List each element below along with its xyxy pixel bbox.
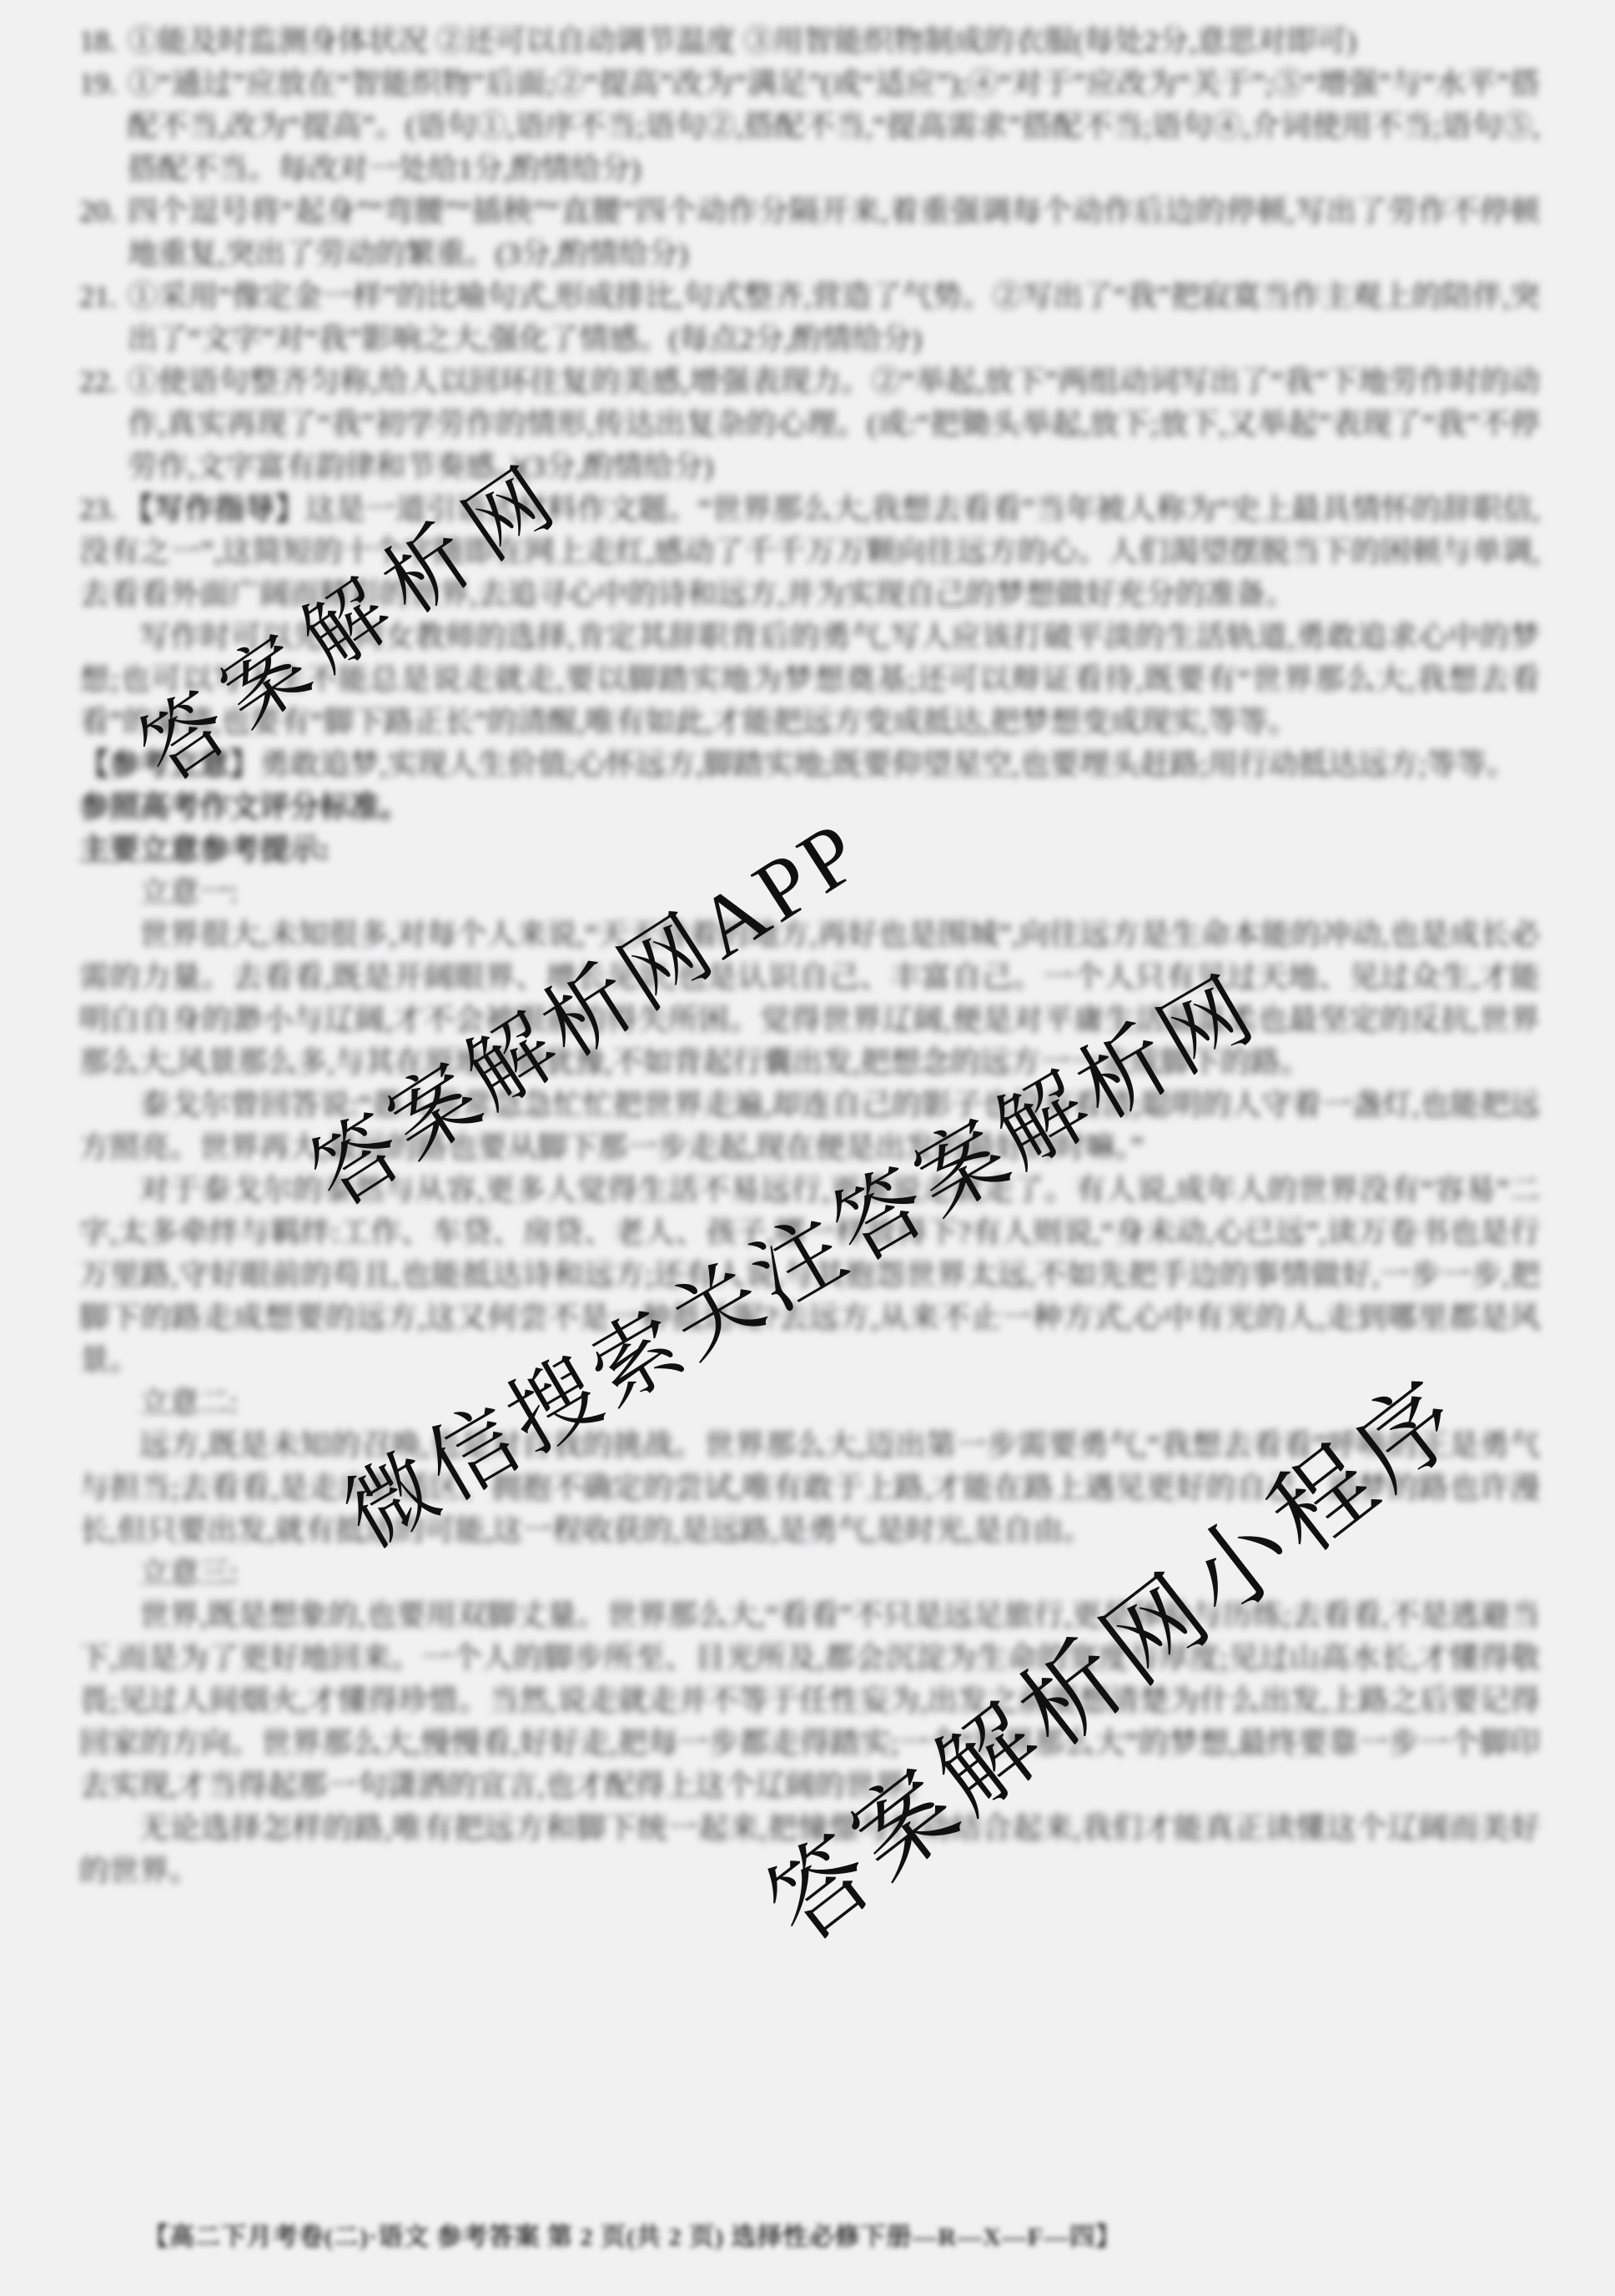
item-number: 19. (79, 63, 117, 105)
item-number: 18. (79, 20, 117, 63)
reference-ideas-text: 勇敢追梦,实现人生价值;心怀远方,脚踏实地;既要仰望星空,也要埋头赶路;用行动抵… (259, 748, 1517, 781)
item-text: ①“通过”应放在“智能织物”后面;②“提高”改为“满足”(或“适应”);④“对于… (128, 67, 1540, 185)
idea-1-quote-paragraph: 泰戈尔曾回答说:“愚人常常急急忙忙把世界走遍,却连自己的影子也没有看清;聪明的人… (79, 1084, 1540, 1169)
item-number: 22. (79, 360, 117, 403)
answer-body: 18. ①能及时监测身体状况 ②还可以自动调节温度 ③用智能织物制成的衣服(每处… (79, 20, 1540, 1892)
idea-1-analysis-paragraph: 世界很大,未知很多,对每个人来说,“天天待着的地方,再好也是围城”,向往远方是生… (79, 914, 1540, 1084)
page-footer: 【高二下月考卷(二)·语文 参考答案 第 2 页(共 2 页) 选择性必修下册—… (143, 2223, 1121, 2253)
scanned-page: { "page": { "background_color": "#f1f1f2… (0, 0, 1615, 2296)
item-number: 20. (79, 190, 117, 233)
item-text: ①采用“像定金一样”的比喻句式,形成排比,句式整齐,营造了气势。②写出了“我”把… (128, 279, 1540, 355)
answer-item-21: 21. ①采用“像定金一样”的比喻句式,形成排比,句式整齐,营造了气势。②写出了… (79, 275, 1540, 360)
item-number: 21. (79, 275, 117, 318)
answer-item-19: 19. ①“通过”应放在“智能织物”后面;②“提高”改为“满足”(或“适应”);… (79, 63, 1540, 190)
answer-item-22: 22. ①使语句整齐匀称,给人以回环往复的美感,增强表现力。②“举起,放下”两组… (79, 360, 1540, 488)
item-text: ①使语句整齐匀称,给人以回环往复的美感,增强表现力。②“举起,放下”两组动词写出… (128, 365, 1540, 483)
document-page: 18. ①能及时监测身体状况 ②还可以自动调节温度 ③用智能织物制成的衣服(每处… (0, 0, 1615, 2296)
idea-section-2-title: 立意二: (79, 1382, 1540, 1424)
item-text: ①能及时监测身体状况 ②还可以自动调节温度 ③用智能织物制成的衣服(每处2分,意… (128, 24, 1356, 58)
idea-3-paragraph: 世界,既是想象的,也要用双脚丈量。世界那么大,“看看”不只是远足旅行,更是体验与… (79, 1594, 1540, 1807)
answer-item-23-essay: 23.【写作指导】这是一道引语式材料作文题。“世界那么大,我想去看看”当年被人称… (79, 488, 1540, 616)
item-text: 四个逗号将“起身”“弯腰”“插秧”“直腰”四个动作分隔开来,着重强调每个动作后边… (128, 194, 1540, 270)
writing-guide-label: 【写作指导】 (123, 492, 305, 526)
item-number: 23. (79, 492, 117, 526)
essay-ideas-paragraph: 【参考立意】勇敢追梦,实现人生价值;心怀远方,脚踏实地;既要仰望星空,也要埋头赶… (79, 743, 1540, 786)
answer-item-20: 20. 四个逗号将“起身”“弯腰”“插秧”“直腰”四个动作分隔开来,着重强调每个… (79, 190, 1540, 275)
answer-item-18: 18. ①能及时监测身体状况 ②还可以自动调节温度 ③用智能织物制成的衣服(每处… (79, 20, 1540, 63)
